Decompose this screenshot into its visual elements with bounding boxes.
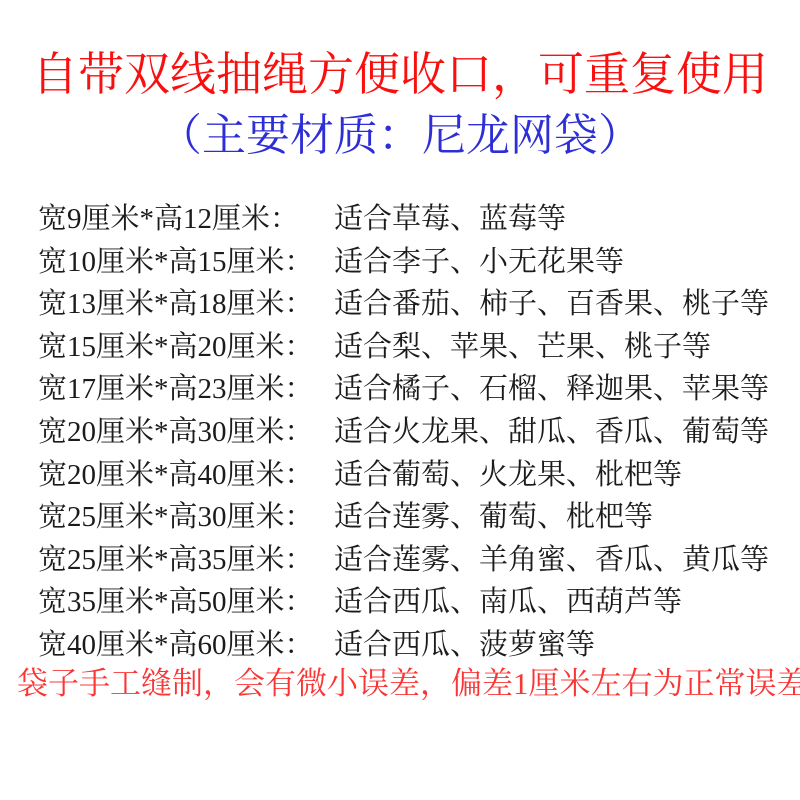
fruit-label: 适合莲雾、葡萄、枇杷等	[334, 496, 653, 539]
size-list: 宽9厘米*高12厘米：适合草莓、蓝莓等宽10厘米*高15厘米：适合李子、小无花果…	[0, 198, 800, 667]
material-subtitle: （主要材质：尼龙网袋）	[0, 108, 800, 164]
size-row: 宽35厘米*高50厘米：适合西瓜、南瓜、西葫芦等	[0, 581, 800, 624]
size-row: 宽15厘米*高20厘米：适合梨、苹果、芒果、桃子等	[0, 326, 800, 369]
size-label: 宽20厘米*高30厘米：	[38, 411, 314, 454]
size-label: 宽15厘米*高20厘米：	[38, 326, 314, 369]
product-description-page: 自带双线抽绳方便收口，可重复使用 （主要材质：尼龙网袋） 宽9厘米*高12厘米：…	[0, 0, 800, 800]
fruit-label: 适合番茄、柿子、百香果、桃子等	[334, 283, 769, 326]
size-label: 宽25厘米*高35厘米：	[38, 539, 314, 582]
fruit-label: 适合葡萄、火龙果、枇杷等	[334, 454, 682, 497]
size-row: 宽40厘米*高60厘米：适合西瓜、菠萝蜜等	[0, 624, 800, 667]
fruit-label: 适合西瓜、南瓜、西葫芦等	[334, 581, 682, 624]
handmade-disclaimer-note: 袋子手工缝制，会有微小误差，偏差1厘米左右为正常误差.	[17, 664, 797, 704]
size-row: 宽25厘米*高30厘米：适合莲雾、葡萄、枇杷等	[0, 496, 800, 539]
fruit-label: 适合火龙果、甜瓜、香瓜、葡萄等	[334, 411, 769, 454]
size-row: 宽17厘米*高23厘米：适合橘子、石榴、释迦果、苹果等	[0, 368, 800, 411]
fruit-label: 适合草莓、蓝莓等	[334, 198, 566, 241]
fruit-label: 适合橘子、石榴、释迦果、苹果等	[334, 368, 769, 411]
size-label: 宽10厘米*高15厘米：	[38, 241, 314, 284]
size-label: 宽25厘米*高30厘米：	[38, 496, 314, 539]
size-row: 宽10厘米*高15厘米：适合李子、小无花果等	[0, 241, 800, 284]
page-title: 自带双线抽绳方便收口，可重复使用	[0, 46, 800, 104]
size-label: 宽20厘米*高40厘米：	[38, 454, 314, 497]
size-label: 宽13厘米*高18厘米：	[38, 283, 314, 326]
fruit-label: 适合梨、苹果、芒果、桃子等	[334, 326, 711, 369]
size-row: 宽13厘米*高18厘米：适合番茄、柿子、百香果、桃子等	[0, 283, 800, 326]
size-label: 宽17厘米*高23厘米：	[38, 368, 314, 411]
size-row: 宽20厘米*高40厘米：适合葡萄、火龙果、枇杷等	[0, 454, 800, 497]
size-label: 宽9厘米*高12厘米：	[38, 198, 299, 241]
size-label: 宽40厘米*高60厘米：	[38, 624, 314, 667]
size-row: 宽9厘米*高12厘米：适合草莓、蓝莓等	[0, 198, 800, 241]
size-label: 宽35厘米*高50厘米：	[38, 581, 314, 624]
size-row: 宽20厘米*高30厘米：适合火龙果、甜瓜、香瓜、葡萄等	[0, 411, 800, 454]
fruit-label: 适合西瓜、菠萝蜜等	[334, 624, 595, 667]
fruit-label: 适合莲雾、羊角蜜、香瓜、黄瓜等	[334, 539, 769, 582]
size-row: 宽25厘米*高35厘米：适合莲雾、羊角蜜、香瓜、黄瓜等	[0, 539, 800, 582]
fruit-label: 适合李子、小无花果等	[334, 241, 624, 284]
